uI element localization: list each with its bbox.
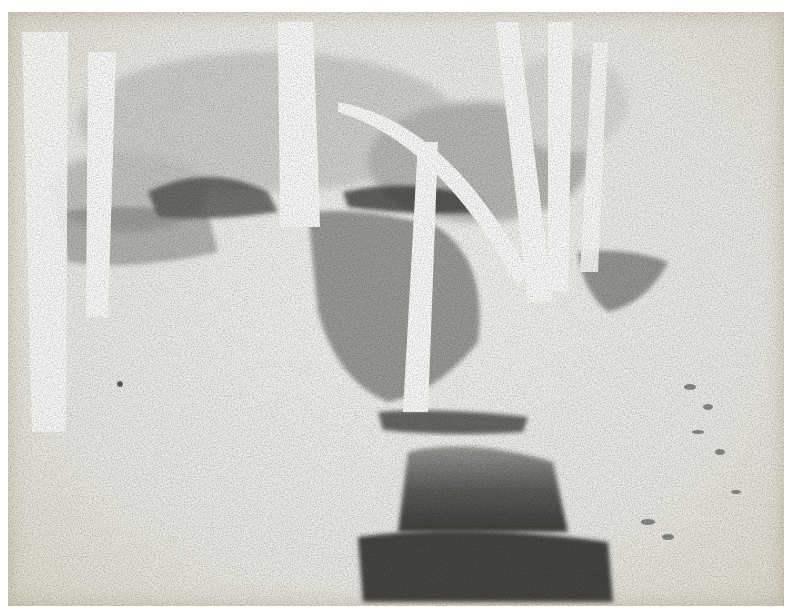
film-grain bbox=[8, 12, 784, 606]
stream-scene bbox=[8, 12, 784, 606]
photo-negative-plate bbox=[8, 12, 784, 606]
